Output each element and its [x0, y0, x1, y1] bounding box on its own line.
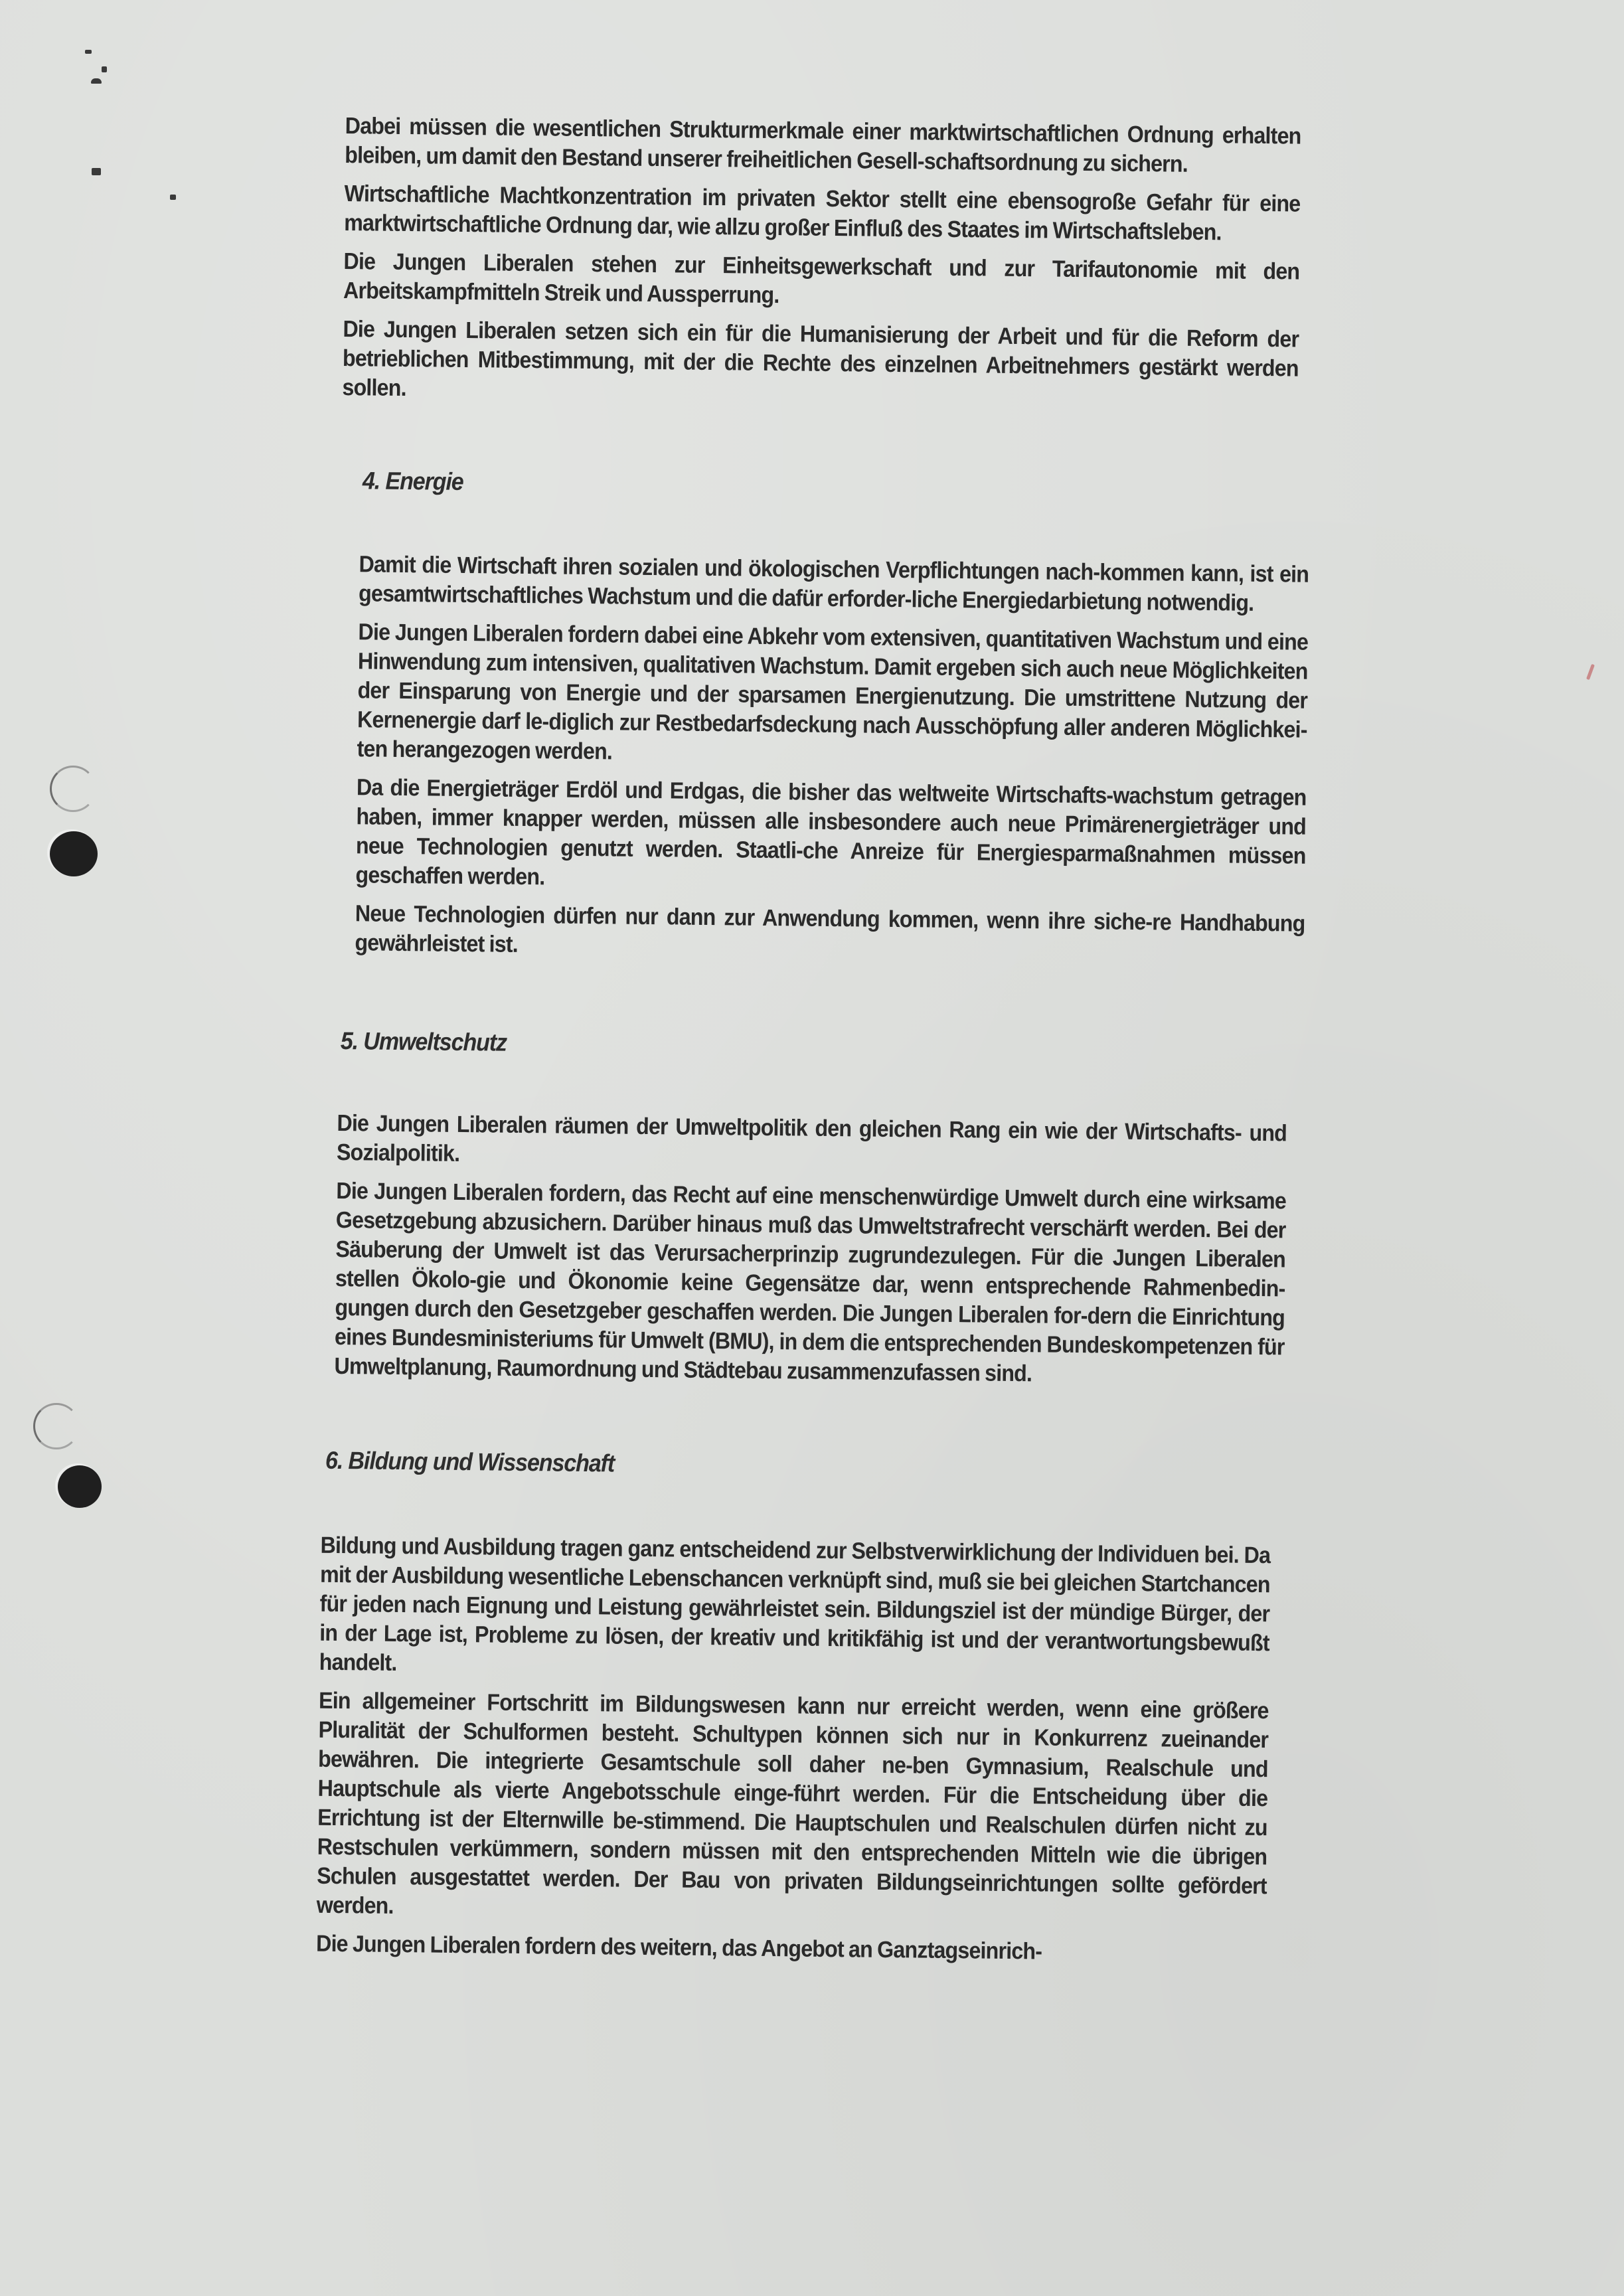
punch-hole-outline [50, 766, 96, 812]
punch-hole [58, 1465, 102, 1508]
staple-mark [92, 168, 101, 175]
paragraph: Neue Technologien dürfen nur dann zur An… [355, 899, 1305, 967]
section-heading: 6. Bildung und Wissenschaft [325, 1446, 1210, 1485]
section-heading: 4. Energie [363, 466, 1223, 505]
paragraph: Die Jungen Liberalen fordern, das Recht … [334, 1177, 1286, 1391]
paragraph: Dabei müssen die wesentlichen Strukturme… [345, 112, 1301, 181]
paragraph: Die Jungen Liberalen räumen der Umweltpo… [337, 1109, 1287, 1177]
staple-mark [170, 195, 176, 200]
staple-mark [85, 50, 92, 54]
paragraph: Da die Energieträger Erdöl und Erdgas, d… [355, 773, 1306, 900]
paragraph: Damit die Wirtschaft ihren sozialen und … [359, 550, 1309, 618]
staple-mark [91, 78, 102, 84]
punch-hole-outline [33, 1403, 80, 1449]
section-umweltschutz: 5. Umweltschutz Die Jungen Liberalen räu… [331, 1026, 1291, 1392]
section-heading: 5. Umweltschutz [341, 1026, 1216, 1065]
document-page: Dabei müssen die wesentlichen Strukturme… [325, 112, 1301, 1978]
staple-mark [102, 66, 107, 72]
paragraph: Die Jungen Liberalen setzen sich ein für… [342, 315, 1299, 413]
punch-hole [50, 831, 98, 876]
paragraph: Ein allgemeiner Fortschritt im Bildungsw… [317, 1686, 1269, 1930]
paragraph: Bildung und Ausbildung tragen ganz entsc… [319, 1531, 1270, 1687]
section-bildung-und-wissenschaft: 6. Bildung und Wissenschaft Bildung und … [325, 1446, 1287, 1969]
intro-section: Dabei müssen die wesentlichen Strukturme… [342, 112, 1301, 413]
section-energie: 4. Energie Damit die Wirtschaft ihren so… [336, 466, 1297, 968]
paragraph: Die Jungen Liberalen stehen zur Einheits… [343, 247, 1300, 316]
paragraph: Wirtschaftliche Machtkonzentration im pr… [344, 179, 1301, 248]
paragraph: Die Jungen Liberalen fordern des weitern… [316, 1929, 1266, 1969]
paragraph: Die Jungen Liberalen fordern dabei eine … [357, 617, 1308, 774]
